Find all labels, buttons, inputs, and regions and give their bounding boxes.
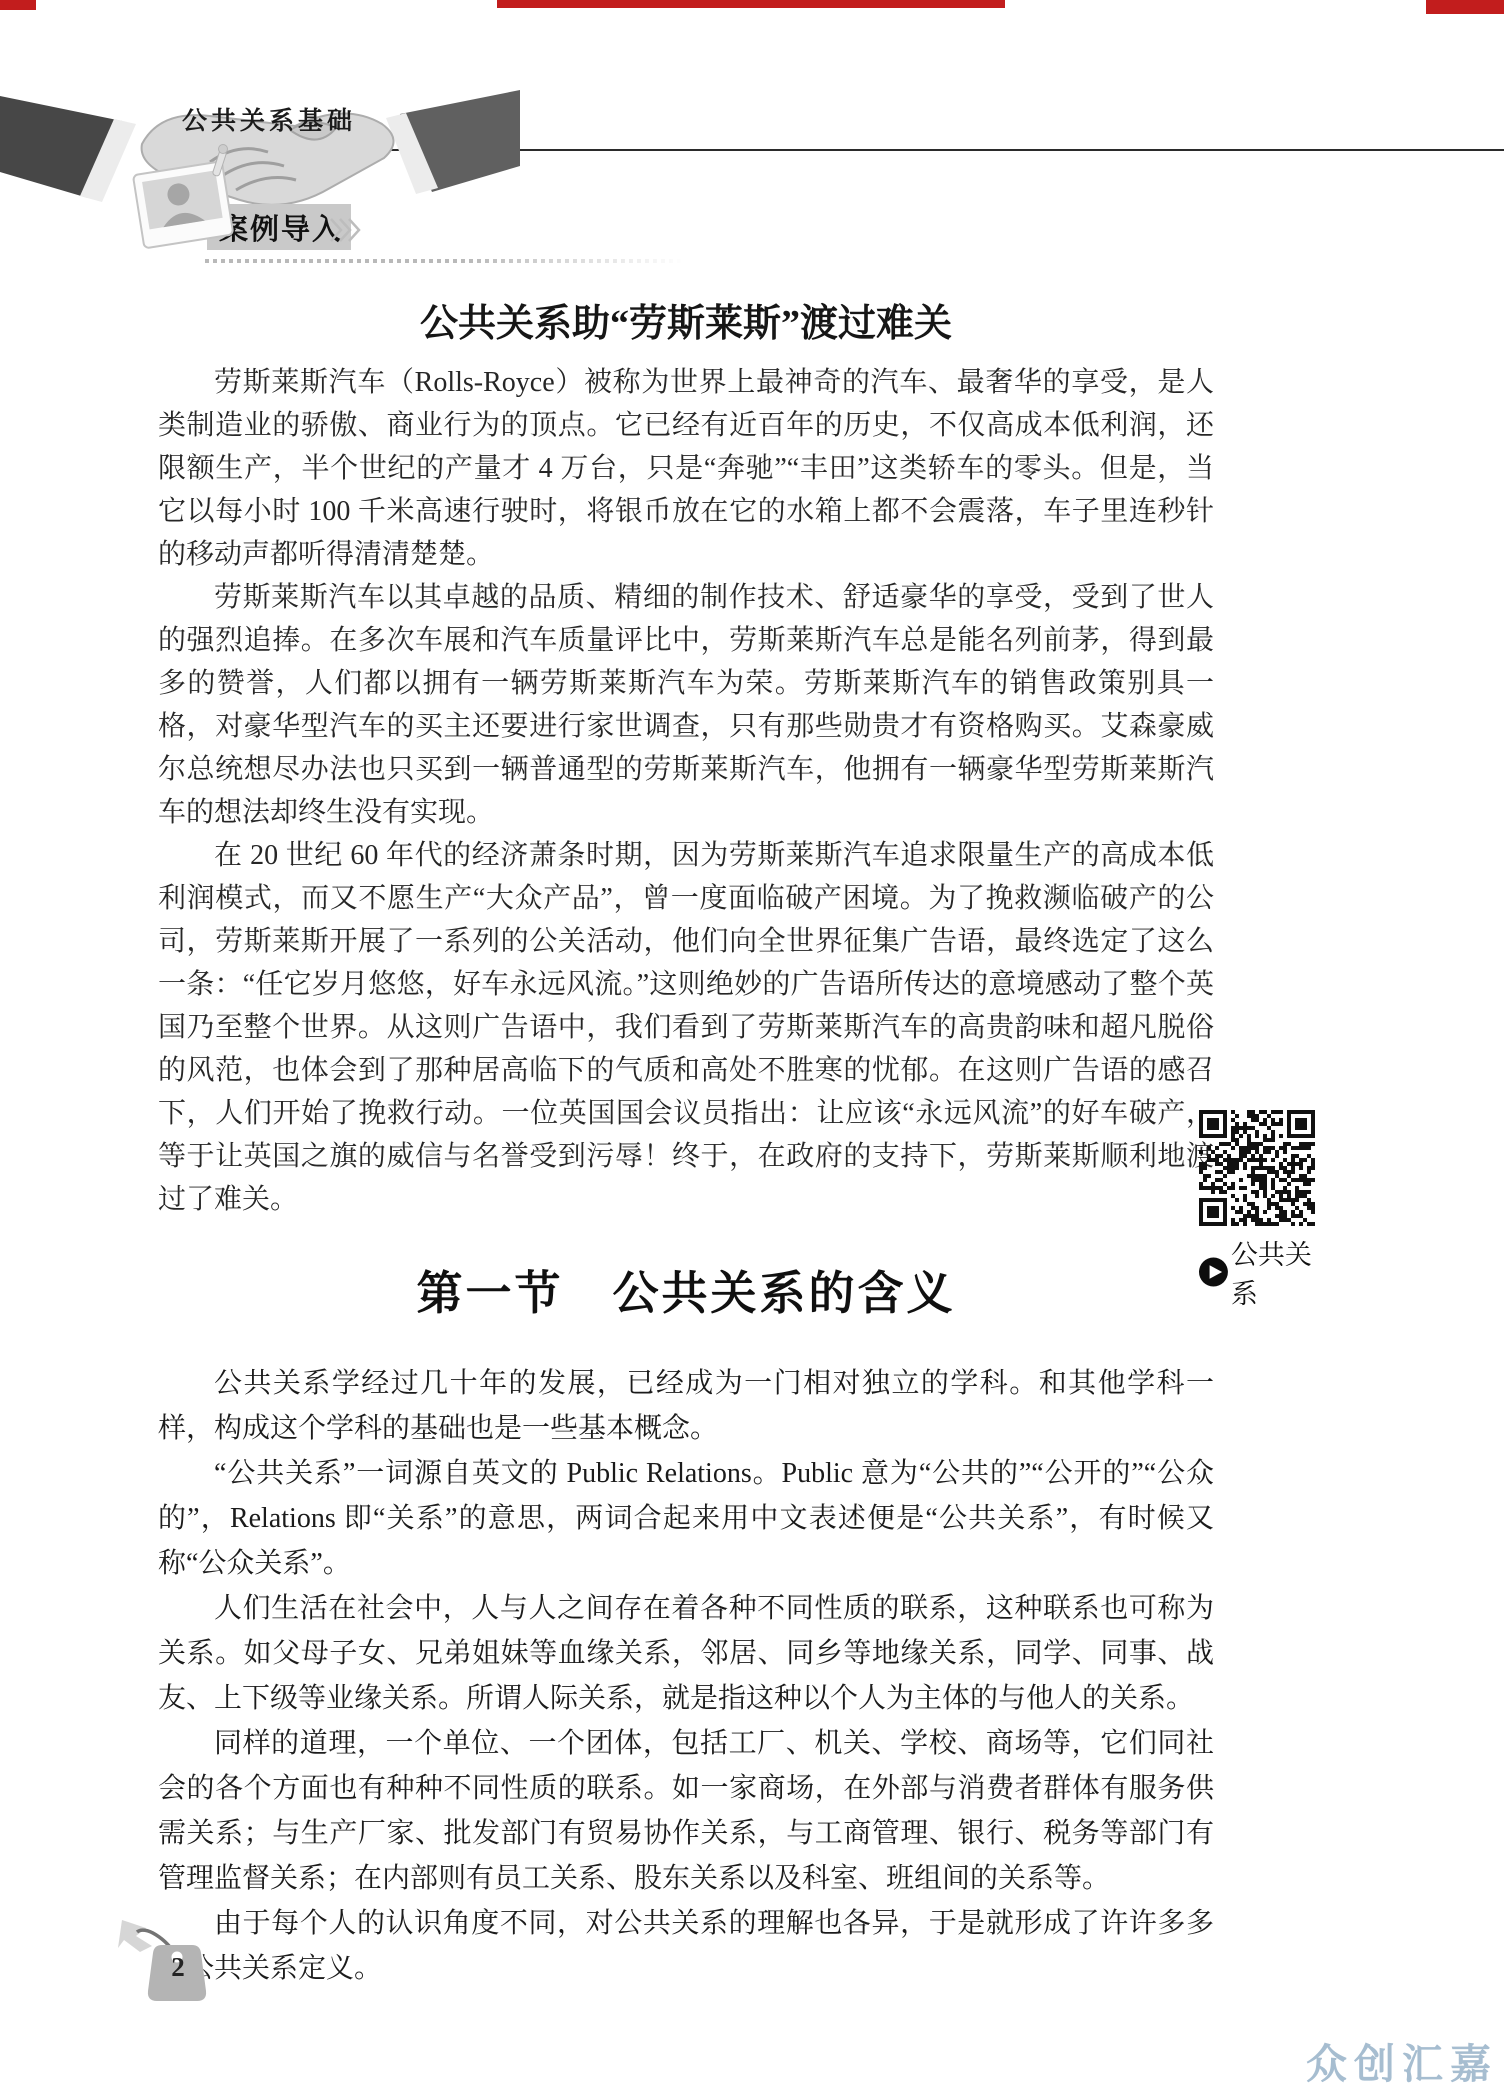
qr-panel: 公共关系 [1199,1110,1335,1311]
case-paragraph: 劳斯莱斯汽车（Rolls-Royce）被称为世界上最神奇的汽车、最奢华的享受，是… [158,361,1214,576]
play-icon [1199,1257,1228,1287]
body-paragraph: “公共关系”一词源自英文的 Public Relations。Public 意为… [158,1451,1214,1586]
page-edge-red-left [0,0,36,10]
body-paragraph: 公共关系学经过几十年的发展，已经成为一门相对独立的学科。和其他学科一样，构成这个… [158,1361,1214,1451]
case-title: 公共关系助“劳斯莱斯”渡过难关 [158,292,1214,347]
tag-icon [100,1920,220,2015]
case-paragraph: 在 20 世纪 60 年代的经济萧条时期，因为劳斯莱斯汽车追求限量生产的高成本低… [158,834,1214,1221]
page-edge-red-right [1426,0,1504,14]
page-number: 2 [166,1952,190,1983]
book-title: 公共关系基础 [182,101,356,137]
book-page: 公共关系基础 案例导入 公共关系助“劳斯莱斯”渡过难关 劳斯莱斯汽车（Rolls… [0,0,1504,2094]
qr-caption: 公共关系 [1199,1233,1335,1311]
chevrons-icon [328,216,364,244]
case-photo-icon [132,142,244,252]
page-edge-red-center [497,0,1005,8]
case-paragraph: 劳斯莱斯汽车以其卓越的品质、精细的制作技术、舒适豪华的享受，受到了世人的强烈追捧… [158,576,1214,834]
badge-dotted-underline [205,259,685,263]
watermark-text: 众创汇嘉 [1306,2031,1498,2090]
case-body: 劳斯莱斯汽车（Rolls-Royce）被称为世界上最神奇的汽车、最奢华的享受，是… [158,361,1214,1221]
body-paragraph: 人们生活在社会中，人与人之间存在着各种不同性质的联系，这种联系也可称为关系。如父… [158,1586,1214,1721]
body-paragraph: 由于每个人的认识角度不同，对公共关系的理解也各异，于是就形成了许许多多的公共关系… [158,1901,1214,1991]
text-column: 公共关系助“劳斯莱斯”渡过难关 劳斯莱斯汽车（Rolls-Royce）被称为世界… [158,292,1214,1991]
qr-label: 公共关系 [1231,1233,1335,1311]
section-body: 公共关系学经过几十年的发展，已经成为一门相对独立的学科。和其他学科一样，构成这个… [158,1361,1214,1991]
handshake-icon [0,66,520,211]
body-paragraph: 同样的道理，一个单位、一个团体，包括工厂、机关、学校、商场等，它们同社会的各个方… [158,1721,1214,1901]
qr-code [1199,1110,1315,1226]
page-number-tag: 2 [100,1920,220,2015]
section-title: 第一节 公共关系的含义 [158,1257,1214,1323]
